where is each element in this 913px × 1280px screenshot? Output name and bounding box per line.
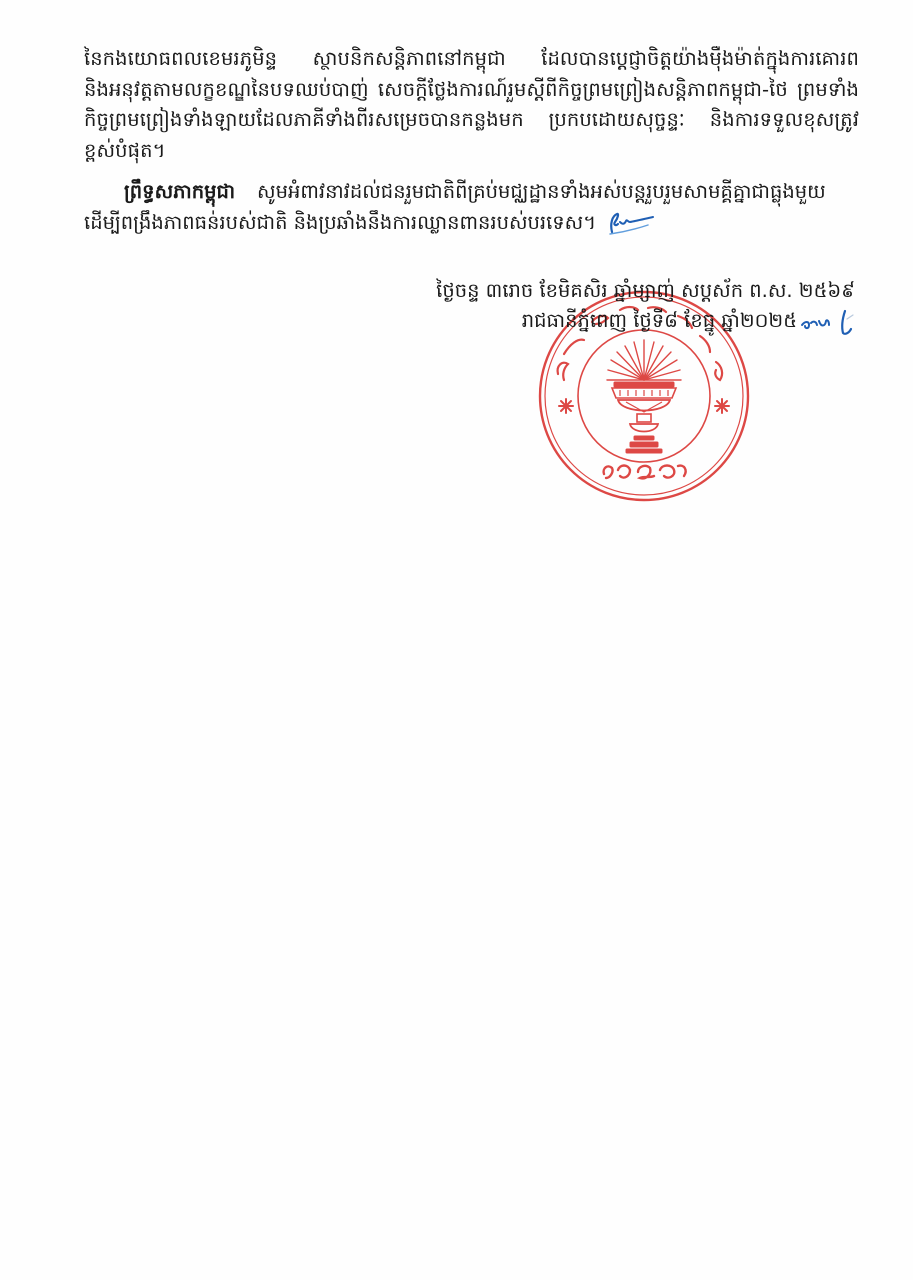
handwritten-initials-icon bbox=[799, 307, 855, 337]
paragraph-ceasefire-commitment: នៃកងយោធពលខេមរភូមិន្ទ ស្ថាបនិកសន្តិភាពនៅក… bbox=[84, 44, 859, 166]
paragraph-line: ដើម្បីពង្រឹងភាពធន់របស់ជាតិ និងប្រឆាំងនឹង… bbox=[84, 208, 859, 239]
handwritten-initials-icon bbox=[606, 210, 656, 236]
paragraph-line: ខ្ពស់បំផុត។ bbox=[84, 136, 859, 167]
date-block: ថ្ងៃចន្ទ ៣រោច ខែមិគសិរ ឆ្នាំម្សាញ់ សប្តស… bbox=[436, 276, 855, 337]
senate-name: ព្រឹទ្ធសភាកម្ពុជា bbox=[124, 180, 235, 203]
appeal-text: សូមអំពាវនាវដល់ជនរួមជាតិពីគ្រប់មជ្ឈដ្ឋានទ… bbox=[257, 180, 826, 203]
paragraph-line: នៃកងយោធពលខេមរភូមិន្ទ ស្ថាបនិកសន្តិភាពនៅក… bbox=[84, 44, 859, 75]
paragraph-line: កិច្ចព្រមព្រៀងទាំងឡាយដែលភាគីទាំងពីរសម្រេ… bbox=[84, 105, 859, 136]
solar-date: រាជធានីភ្នំពេញ ថ្ងៃទី៨ ខែធ្នូ ឆ្នាំ២០២៥ bbox=[522, 309, 797, 332]
paragraph-line: ព្រឹទ្ធសភាកម្ពុជាសូមអំពាវនាវដល់ជនរួមជាតិ… bbox=[84, 177, 859, 208]
lunar-date: ថ្ងៃចន្ទ ៣រោច ខែមិគសិរ ឆ្នាំម្សាញ់ សប្តស… bbox=[436, 276, 855, 306]
solar-date-line: រាជធានីភ្នំពេញ ថ្ងៃទី៨ ខែធ្នូ ឆ្នាំ២០២៥ bbox=[436, 306, 855, 337]
paragraph-senate-appeal: ព្រឹទ្ធសភាកម្ពុជាសូមអំពាវនាវដល់ជនរួមជាតិ… bbox=[84, 177, 859, 238]
appeal-text-continued: ដើម្បីពង្រឹងភាពធន់របស់ជាតិ និងប្រឆាំងនឹង… bbox=[84, 211, 596, 234]
paragraph-line: និងអនុវត្តតាមលក្ខខណ្ឌនៃបទឈប់បាញ់ សេចក្តី… bbox=[84, 75, 859, 106]
document-page: នៃកងយោធពលខេមរភូមិន្ទ ស្ថាបនិកសន្តិភាពនៅក… bbox=[0, 0, 913, 1280]
